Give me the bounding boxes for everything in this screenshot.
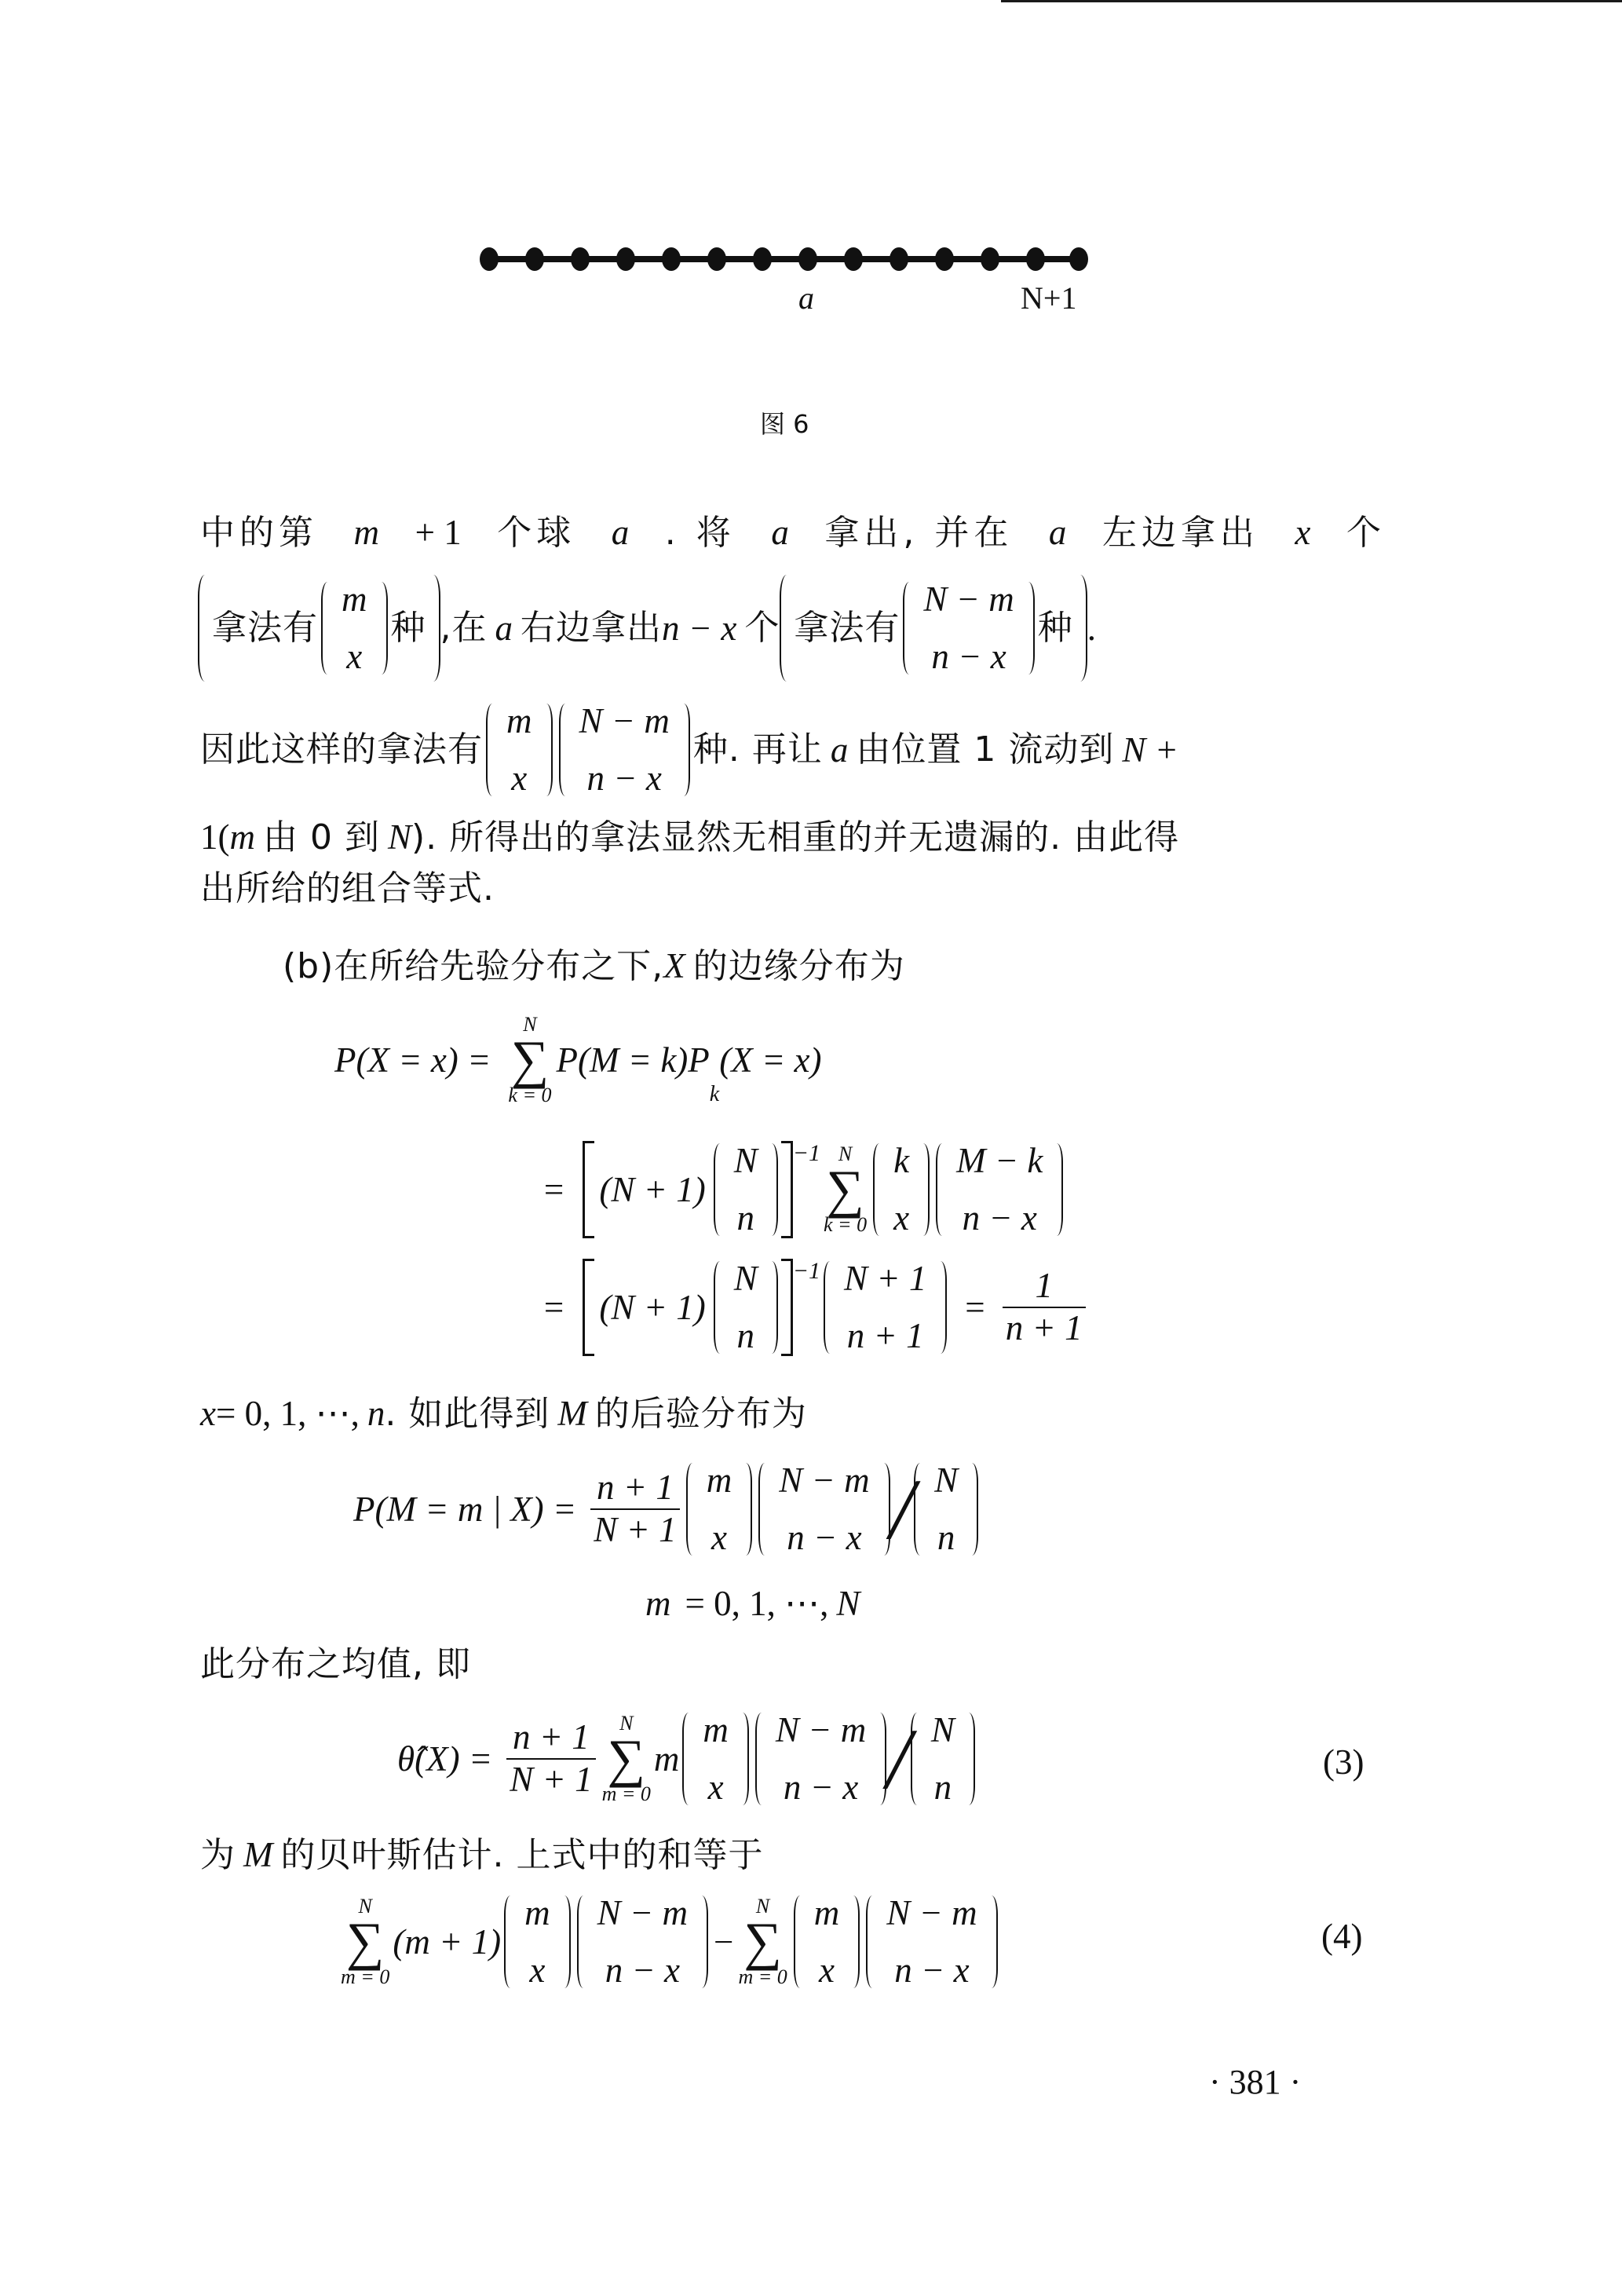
eq-lhs: P(X = x) = [334, 1043, 491, 1078]
ball-dot [1026, 247, 1045, 271]
text-line-3: 因此这样的拿法有 mx N − mn − x 种. 再让 a 由位置 1 流动到… [200, 699, 1178, 801]
math-m: m [354, 515, 380, 550]
binomial: N − mn − x [903, 582, 1034, 675]
text: . 将 [665, 516, 736, 550]
binomial: N + 1n + 1 [824, 1261, 947, 1354]
eq-lhs: θ̂(X) = [397, 1742, 492, 1777]
label-n-plus-1: N+1 [1021, 280, 1076, 316]
text-line-4: 1( m 由 0 到 N ). 所得出的拿法显然无相重的并无遗漏的. 由此得 [200, 820, 1179, 855]
ball-dot [662, 247, 681, 271]
text: 个 [1346, 516, 1386, 550]
text: ). 所得出的拿法显然无相重的并无遗漏的. 由此得 [411, 821, 1179, 855]
binomial: mx [504, 1896, 571, 1988]
fraction: n + 1N + 1 [590, 1468, 679, 1551]
ball-dot [890, 247, 908, 271]
equation-posterior: P(M = m | X) = n + 1N + 1 mx N − mn − x … [353, 1462, 981, 1556]
top-rule [1001, 0, 1622, 2]
eq-lhs: P(M = m | X) = [353, 1492, 576, 1527]
math-n-minus-x: n − x [662, 611, 736, 646]
bracket-left [583, 1259, 594, 1356]
math-a: a [612, 515, 630, 550]
binomial: mx [686, 1463, 753, 1556]
sum-symbol: N∑k = 0 [824, 1143, 867, 1236]
binomial: N − mn − x [758, 1463, 890, 1556]
binomial: N − mn − x [577, 1896, 708, 1988]
figure-caption: 图 6 [760, 404, 809, 441]
text: 左边拿出 [1102, 516, 1259, 550]
exponent: −1 [793, 1260, 820, 1283]
text: 出所给的组合等式. [200, 872, 495, 906]
text: 此分布之均值, 即 [200, 1647, 471, 1682]
math-n-plus: N + [1122, 733, 1178, 768]
binomial: N − mn − x [755, 1713, 886, 1805]
equation-marginal: P(X = x) = N∑k = 0 P(M = k)P k (X = x) [334, 1013, 822, 1107]
text: 拿法有 [794, 611, 900, 645]
math-plus-one: + 1 [415, 515, 462, 550]
binomial: N − mn − x [866, 1896, 997, 1988]
text: 1( [200, 820, 230, 855]
math-M: M [557, 1396, 587, 1431]
fraction: 1n + 1 [1003, 1266, 1086, 1349]
bracket-right [781, 1141, 793, 1238]
binomial: kx [873, 1143, 930, 1236]
binomial: M − kn − x [936, 1143, 1063, 1236]
equals: = [542, 1172, 565, 1208]
ball-dot [798, 247, 817, 271]
text: 的贝叶斯估计. 上式中的和等于 [281, 1838, 764, 1873]
binomial: Nn [714, 1261, 778, 1354]
text: 由 0 到 [263, 821, 380, 855]
equation-step-2: = (N + 1) Nn −1 N∑k = 0 kx M − kn − x [542, 1139, 1066, 1241]
math: = 0, 1, ⋯, [685, 1586, 829, 1621]
eq-rhs: P(M = k)P [557, 1043, 710, 1078]
minus: − [711, 1925, 735, 1960]
text: 的后验分布为 [595, 1397, 807, 1431]
math-X: X [663, 949, 685, 984]
text: 种. 再让 [693, 733, 823, 767]
math: (N + 1) [599, 1172, 705, 1208]
division-slash: / [890, 1466, 915, 1552]
math-M: M [243, 1837, 273, 1873]
binomial: mx [486, 704, 553, 796]
binomial: N − mn − x [559, 704, 690, 796]
binomial: Nn [714, 1143, 778, 1236]
sum-symbol: N∑k = 0 [508, 1014, 551, 1106]
ball-dot [753, 247, 772, 271]
ball-dot [616, 247, 635, 271]
text-line-after-eq: x = 0, 1, ⋯, n . 如此得到 M 的后验分布为 [200, 1396, 807, 1431]
fraction: n + 1N + 1 [506, 1717, 595, 1801]
math-a: a [1049, 515, 1067, 550]
math-N: N [836, 1586, 860, 1621]
ball-dot [935, 247, 954, 271]
math-x: x [200, 1396, 216, 1431]
math: = 0, 1, ⋯, [216, 1396, 360, 1431]
page-number: · 381 · [1209, 2062, 1301, 2102]
binomial: mx [794, 1896, 860, 1988]
text: (b)在所给先验分布之下, [283, 949, 663, 984]
text: 种 [1038, 611, 1073, 645]
equation-number-4: (4) [1321, 1916, 1362, 1957]
text: 中的第 [200, 516, 318, 550]
text: . 如此得到 [385, 1397, 550, 1431]
label-a: a [798, 280, 814, 316]
math-a: a [831, 733, 849, 768]
text: ,在 [440, 611, 488, 645]
binomial: Nn [914, 1463, 978, 1556]
math-n: N [388, 820, 411, 855]
ball-dot [1069, 247, 1088, 271]
sum-symbol: N∑m = 0 [602, 1713, 651, 1805]
equals: = [963, 1290, 986, 1325]
text: 拿法有 [212, 611, 318, 645]
math-n: n [367, 1396, 385, 1431]
sum-symbol: N∑m = 0 [341, 1896, 389, 1988]
binomial: mx [682, 1713, 749, 1805]
text: 因此这样的拿法有 [200, 733, 483, 767]
text: 个 [744, 611, 780, 645]
text: 右边拿出 [521, 611, 662, 645]
equals: = [542, 1290, 565, 1325]
division-slash: / [886, 1716, 911, 1802]
big-paren-left [198, 575, 212, 682]
sum-symbol: N∑m = 0 [738, 1896, 787, 1988]
ball-dot [981, 247, 999, 271]
eq-rhs: (X = x) [719, 1043, 821, 1078]
equation-sum-identity: N∑m = 0 (m + 1) mx N − mn − x − N∑m = 0 … [338, 1891, 1001, 1993]
math-a: a [771, 515, 789, 550]
math-x: x [1295, 515, 1310, 550]
ball-dot [571, 247, 590, 271]
binomial: Nn [911, 1713, 975, 1805]
text: 拿出, 并在 [824, 516, 1013, 550]
math-a: a [495, 611, 513, 646]
text: 由位置 1 流动到 [856, 733, 1114, 767]
text-line-2: 拿法有 mx 种 ,在 a 右边拿出 n − x 个 拿法有 N − mn − … [198, 573, 1096, 683]
text: 个球 [497, 516, 575, 550]
period: . [1087, 611, 1096, 646]
bayes-text: 为 M 的贝叶斯估计. 上式中的和等于 [200, 1837, 763, 1873]
bracket-left [583, 1141, 594, 1238]
binomial: mx [321, 582, 388, 675]
math: (N + 1) [599, 1290, 705, 1325]
range-m: m = 0, 1, ⋯, N [645, 1586, 860, 1621]
text-line-1: 中的第 m + 1 个球 a . 将 a 拿出, 并在 a 左边拿出 x 个 [200, 515, 1386, 550]
equation-bayes-estimate: θ̂(X) = n + 1N + 1 N∑m = 0 m mx N − mn −… [397, 1712, 978, 1806]
text: 种 [391, 611, 426, 645]
text: 为 [200, 1838, 236, 1873]
part-b-intro: (b)在所给先验分布之下, X 的边缘分布为 [283, 949, 905, 984]
ball-dot [844, 247, 863, 271]
ball-dot [525, 247, 544, 271]
ball-dot [707, 247, 726, 271]
text: 的边缘分布为 [693, 949, 905, 984]
math-m: m [654, 1742, 680, 1777]
mean-intro: 此分布之均值, 即 [200, 1647, 471, 1682]
equation-number-3: (3) [1323, 1742, 1364, 1782]
big-paren-right [1073, 575, 1087, 682]
ball-dot [480, 247, 499, 271]
big-paren-left [780, 575, 794, 682]
exponent: −1 [793, 1142, 820, 1165]
subscript: k [710, 1084, 719, 1106]
math-m: m [645, 1586, 671, 1621]
math: (m + 1) [393, 1925, 501, 1960]
math-m: m [230, 820, 256, 855]
equation-step-3: = (N + 1) Nn −1 N + 1n + 1 = 1n + 1 [542, 1256, 1089, 1358]
big-paren-right [426, 575, 440, 682]
bracket-right [781, 1259, 793, 1356]
text-line-5: 出所给的组合等式. [200, 872, 495, 906]
